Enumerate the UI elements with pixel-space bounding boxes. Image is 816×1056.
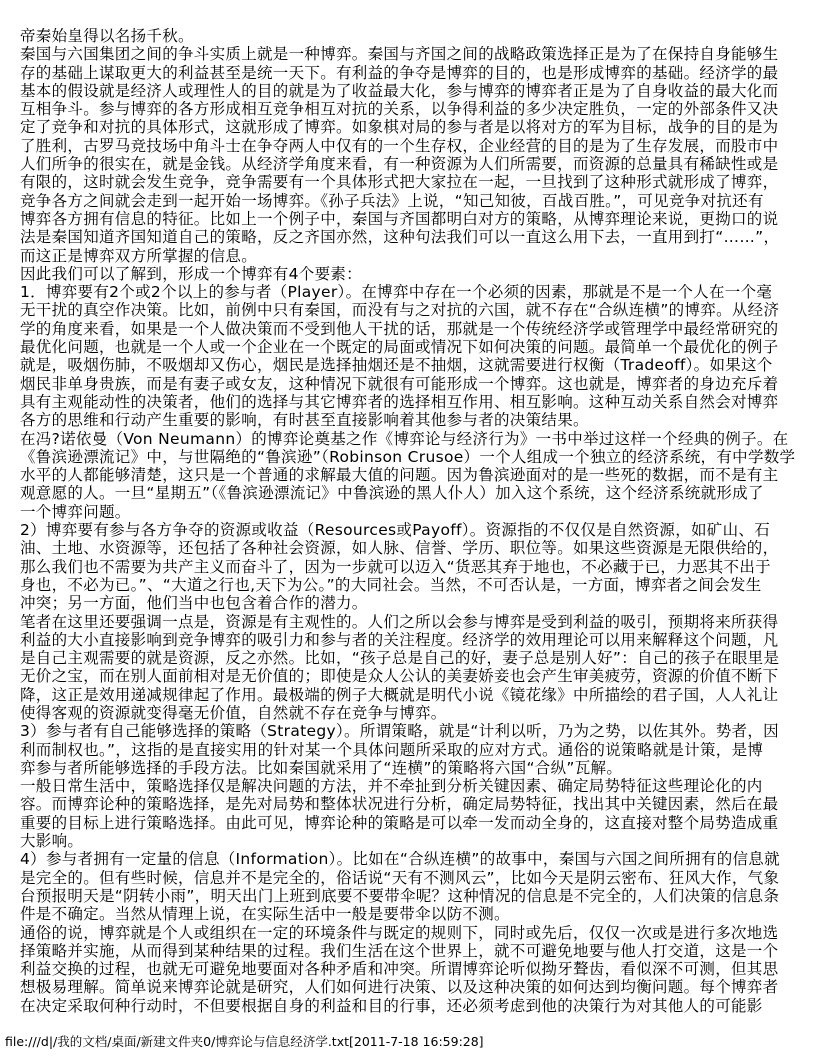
text-line: 1．博弈要有2个或2个以上的参与者（Player）。在博弈中存在一个必须的因素，… [20,283,802,301]
text-line: 一个博弈问题。 [20,503,802,521]
text-line: 容。而博弈论种的策略选择，是先对局势和整体状况进行分析，确定局势特征，找出其中关… [20,795,802,813]
text-line: 4）参与者拥有一定量的信息（Information）。比如在“合纵连横”的故事中… [20,850,802,868]
text-line: 件是不确定。当然从情理上说，在实际生活中一般是要带伞以防不测。 [20,905,802,923]
text-line: 法是秦国知道齐国知道自己的策略，反之齐国亦然，这种句法我们可以一直这么用下去，一… [20,228,802,246]
text-line: 了胜利，古罗马竞技场中角斗士在争夺两人中仅有的一个生存权，企业经营的目的是为了生… [20,137,802,155]
text-line: 烟民非单身贵族，而是有妻子或女友，这种情况下就很有可能形成一个博弈。这也就是，博… [20,375,802,393]
text-line: 无价之宝，而在别人面前相对是无价值的；即使是众人公认的美妻娇妾也会产生审美疲劳，… [20,667,802,685]
text-line: 《鲁滨逊漂流记》中，与世隔绝的“鲁滨逊”（Robinson Crusoe）一个人… [20,448,802,466]
text-line: 无干扰的真空作决策。比如，前例中只有秦国，而没有与之对抗的六国，就不存在“合纵连… [20,301,802,319]
text-line: 博弈各方拥有信息的特征。比如上一个例子中，秦国与齐国都明白对方的策略，从博弈理论… [20,210,802,228]
text-line: 在决定采取何种行动时，不但要根据自身的利益和目的行事，还必须考虑到他的决策行为对… [20,997,802,1015]
text-line: 竞争各方之间就会走到一起开始一场博弈。《孙子兵法》上说，“知己知彼，百战百胜。”… [20,192,802,210]
text-line: 是自己主观需要的就是资源，反之亦然。比如，“孩子总是自己的好，妻子总是别人好”：… [20,649,802,667]
text-line: 各方的思维和行动产生重要的影响，有时甚至直接影响着其他参与者的决策结果。 [20,411,802,429]
text-line: 重要的目标上进行策略选择。由此可见，博弈论种的策略是可以牵一发而动全身的，这直接… [20,814,802,832]
text-line: 利益交换的过程，也就无可避免地要面对各种矛盾和冲突。所谓博弈论听似拗牙聱齿，看似… [20,960,802,978]
text-line: 存的基础上谋取更大的利益甚至是统一天下。有利益的争夺是博弈的目的，也是形成博弈的… [20,64,802,82]
text-line: 因此我们可以了解到，形成一个博弈有4个要素： [20,265,802,283]
text-line: 而这正是博弈双方所掌握的信息。 [20,247,802,265]
text-line: 使得客观的资源就变得毫无价值，自然就不存在竞争与博弈。 [20,704,802,722]
text-line: 就是，吸烟伤肺，不吸烟却又伤心，烟民是选择抽烟还是不抽烟，这就需要进行权衡（Tr… [20,356,802,374]
text-line: 笔者在这里还要强调一点是，资源是有主观性的。人们之所以会参与博弈是受到利益的吸引… [20,613,802,631]
text-line: 互相争斗。参与博弈的各方形成相互竞争相互对抗的关系，以争得利益的多少决定胜负，一… [20,100,802,118]
text-line: 2）博弈要有参与各方争夺的资源或收益（Resources或Payoff）。资源指… [20,521,802,539]
printed-text-page: 帝秦始皇得以名扬千秋。秦国与六国集团之间的争斗实质上就是一种博弈。秦国与齐国之间… [0,0,816,1056]
text-line: 利益的大小直接影响到竞争博弈的吸引力和参与者的关注程度。经济学的效用理论可以用来… [20,631,802,649]
text-line: 那么我们也不需要为共产主义而奋斗了，因为一步就可以迈入“货恶其弃于地也，不必藏于… [20,558,802,576]
text-line: 有限的，这时就会发生竞争，竞争需要有一个具体形式把大家拉在一起，一旦找到了这种形… [20,173,802,191]
text-line: 观意愿的人。一旦“星期五”（《鲁滨逊漂流记》中鲁滨逊的黑人仆人）加入这个系统，这… [20,484,802,502]
text-line: 一般日常生活中，策略选择仅是解决问题的方法，并不牵扯到分析关键因素、确定局势特征… [20,777,802,795]
text-line: 是完全的。但有些时候，信息并不是完全的，俗话说“天有不测风云”，比如今天是阴云密… [20,869,802,887]
text-line: 弈参与者所能够选择的手段方法。比如秦国就采用了“连横”的策略将六国“合纵”瓦解。 [20,759,802,777]
text-line: 大影响。 [20,832,802,850]
text-line: 定了竞争和对抗的具体形式，这就形成了博弈。如象棋对局的参与者是以将对方的军为目标… [20,118,802,136]
text-line: 利而制权也。”，这指的是直接实用的针对某一个具体问题所采取的应对方式。通俗的说策… [20,741,802,759]
text-line: 最优化问题，也就是一个人或一个企业在一个既定的局面或情况下如何决策的问题。最简单… [20,338,802,356]
text-line: 人们所争的很实在，就是金钱。从经济学角度来看，有一种资源为人们所需要，而资源的总… [20,155,802,173]
text-line: 水平的人都能够清楚，这只是一个普通的求解最大值的问题。因为鲁滨逊面对的是一些死的… [20,466,802,484]
text-line: 想极易理解。简单说来博弈论就是研究，人们如何进行决策、以及这种决策的如何达到均衡… [20,978,802,996]
footer-file-url: file:///d|/我的文档/桌面/新建文件夹0/博弈论与信息经济学.txt[… [5,1034,484,1049]
text-line: 帝秦始皇得以名扬千秋。 [20,27,802,45]
text-line: 冲突；另一方面，他们当中也包含着合作的潜力。 [20,594,802,612]
text-line: 台预报明天是“阴转小雨”，明天出门上班到底要不要带伞呢？这种情况的信息是不完全的… [20,887,802,905]
text-line: 基本的假设就是经济人或理性人的目的就是为了收益最大化，参与博弈的博弈者正是为了自… [20,82,802,100]
text-line: 油、土地、水资源等，还包括了各种社会资源，如人脉、信誉、学历、职位等。如果这些资… [20,539,802,557]
text-line: 身也，不必为已。”、“大道之行也,天下为公。”的大同社会。当然，不可否认是，一方… [20,576,802,594]
text-line: 降，这正是效用递减规律起了作用。最极端的例子大概就是明代小说《镜花缘》中所描绘的… [20,686,802,704]
text-line: 具有主观能动性的决策者，他们的选择与其它博弈者的选择相互作用、相互影响。这种互动… [20,393,802,411]
text-line: 秦国与六国集团之间的争斗实质上就是一种博弈。秦国与齐国之间的战略政策选择正是为了… [20,45,802,63]
text-line: 通俗的说，博弈就是个人或组织在一定的环境条件与既定的规则下，同时或先后，仅仅一次… [20,924,802,942]
document-body-text: 帝秦始皇得以名扬千秋。秦国与六国集团之间的争斗实质上就是一种博弈。秦国与齐国之间… [20,27,802,1015]
text-line: 3）参与者有自己能够选择的策略（Strategy）。所谓策略，就是“计利以听，乃… [20,722,802,740]
text-line: 学的角度来看，如果是一个人做决策而不受到他人干扰的话，那就是一个传统经济学或管理… [20,320,802,338]
text-line: 在冯?诺依曼（Von Neumann）的博弈论奠基之作《博弈论与经济行为》一书中… [20,430,802,448]
text-line: 择策略并实施，从而得到某种结果的过程。我们生活在这个世界上，就不可避免地要与他人… [20,942,802,960]
